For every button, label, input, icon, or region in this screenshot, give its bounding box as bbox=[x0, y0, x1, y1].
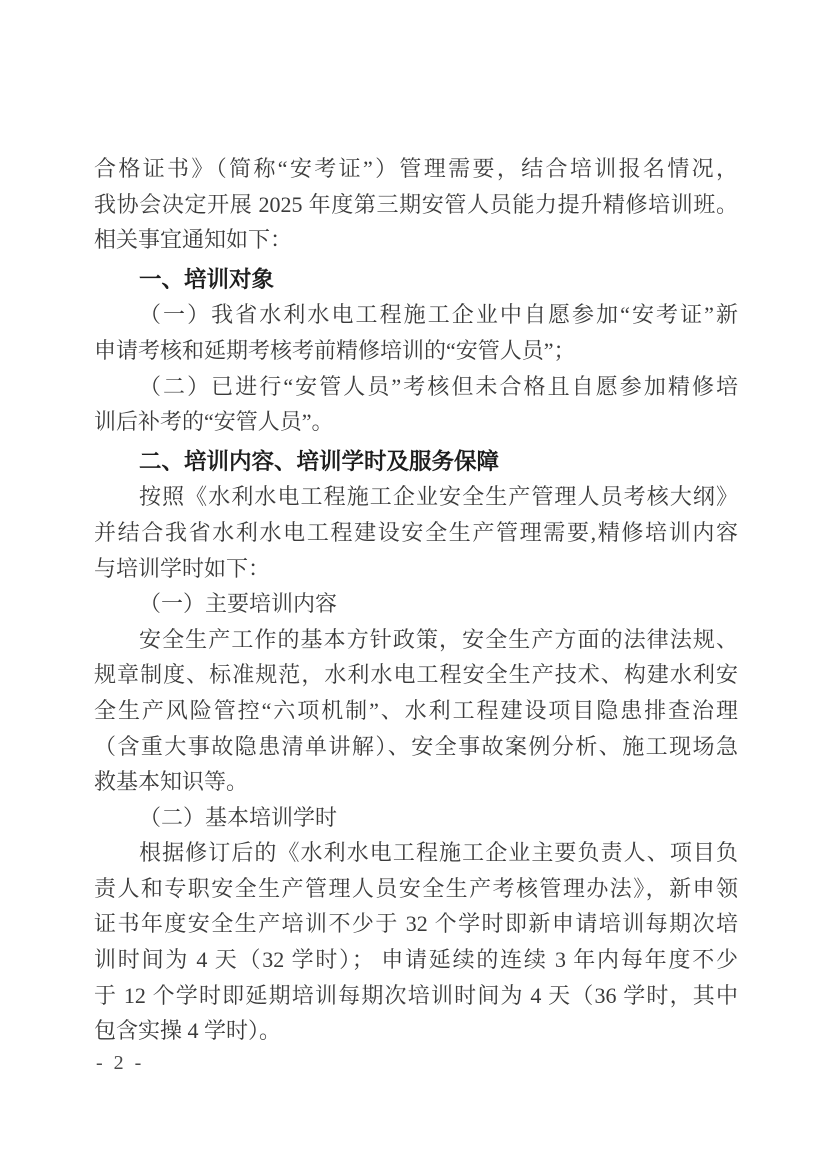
text-line: 训后补考的“安管人员”。 bbox=[94, 404, 738, 440]
text-line: （一）主要培训内容 bbox=[94, 586, 738, 622]
section-heading: 一、培训对象 bbox=[94, 262, 738, 298]
text-line: 并结合我省水利水电工程建设安全生产管理需要,精修培训内容 bbox=[94, 515, 738, 551]
text-line: 按照《水利水电工程施工企业安全生产管理人员考核大纲》 bbox=[94, 479, 738, 515]
text-line: 申请考核和延期考核考前精修培训的“安管人员”； bbox=[94, 333, 738, 369]
text-line: 相关事宜通知如下： bbox=[94, 222, 738, 258]
text-line: （二）已进行“安管人员”考核但未合格且自愿参加精修培 bbox=[94, 369, 738, 405]
text-line: 证书年度安全生产培训不少于 32 个学时即新申请培训每期次培 bbox=[94, 906, 738, 942]
text-line: 安全生产工作的基本方针政策，安全生产方面的法律法规、 bbox=[94, 622, 738, 658]
text-line: （含重大事故隐患清单讲解）、安全事故案例分析、施工现场急 bbox=[94, 729, 738, 765]
text-line: 根据修订后的《水利水电工程施工企业主要负责人、项目负 bbox=[94, 835, 738, 871]
text-line: 规章制度、标准规范，水利水电工程安全生产技术、构建水利安 bbox=[94, 657, 738, 693]
text-line: 合格证书》（简称“安考证”）管理需要，结合培训报名情况， bbox=[94, 151, 738, 187]
text-line: （二）基本培训学时 bbox=[94, 800, 738, 836]
document-body: 合格证书》（简称“安考证”）管理需要，结合培训报名情况，我协会决定开展 2025… bbox=[94, 151, 738, 1049]
document-page: 合格证书》（简称“安考证”）管理需要，结合培训报名情况，我协会决定开展 2025… bbox=[0, 0, 823, 1164]
text-line: （一）我省水利水电工程施工企业中自愿参加“安考证”新 bbox=[94, 297, 738, 333]
text-line: 于 12 个学时即延期培训每期次培训时间为 4 天（36 学时，其中 bbox=[94, 978, 738, 1014]
text-line: 与培训学时如下： bbox=[94, 551, 738, 587]
text-line: 责人和专职安全生产管理人员安全生产考核管理办法》，新申领 bbox=[94, 871, 738, 907]
text-line: 全生产风险管控“六项机制”、水利工程建设项目隐患排查治理 bbox=[94, 693, 738, 729]
text-line: 包含实操 4 学时）。 bbox=[94, 1013, 738, 1049]
section-heading: 二、培训内容、培训学时及服务保障 bbox=[94, 444, 738, 480]
text-line: 我协会决定开展 2025 年度第三期安管人员能力提升精修培训班。 bbox=[94, 187, 738, 223]
text-line: 训时间为 4 天（32 学时）； 申请延续的连续 3 年内每年度不少 bbox=[94, 942, 738, 978]
text-line: 救基本知识等。 bbox=[94, 764, 738, 800]
page-number: - 2 - bbox=[96, 1052, 144, 1075]
